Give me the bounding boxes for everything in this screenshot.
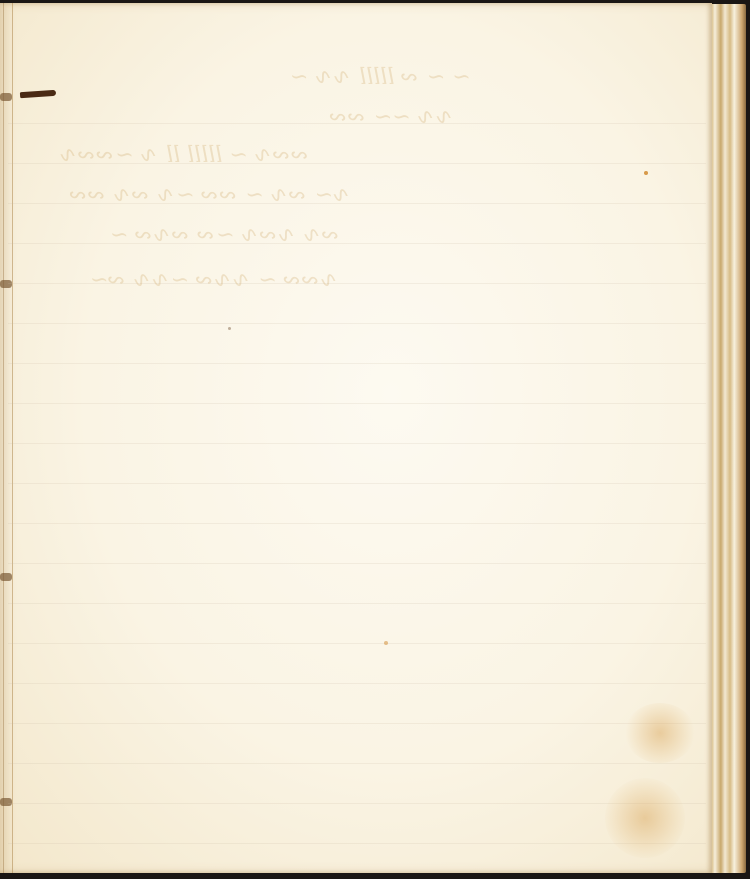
ruled-line — [8, 603, 706, 604]
ink-blot — [20, 90, 56, 98]
notebook-page: ~ ~ ∾ lllll ∿∿ ~ ∿∿ ~~ ∾∾ ∾∾∿ ~ lllll ll… — [0, 3, 712, 873]
ruled-line — [8, 523, 706, 524]
bleed-through-text: ~ ~ ∾ lllll ∿∿ ~ — [290, 65, 471, 90]
ruled-line — [8, 323, 706, 324]
ruled-line — [8, 683, 706, 684]
foxing-stain — [605, 778, 685, 858]
bleed-through-text: ∿∾∾ ~ ∿∿∾ ~∿∿ ∾~ — [90, 268, 339, 293]
ruled-line — [8, 483, 706, 484]
binding-stitch — [0, 798, 12, 806]
foxing-stain — [625, 703, 695, 763]
bleed-through-text: ∿~ ∾∿ ~ ∾∾ ~∿ ∾∿ ∾∾ — [70, 183, 352, 208]
binding-stitch — [0, 573, 12, 581]
ink-speck — [644, 171, 648, 175]
binding-stitch — [0, 93, 12, 101]
ruled-line — [8, 363, 706, 364]
ruled-line — [8, 843, 706, 844]
ruled-line — [8, 563, 706, 564]
scanned-notebook: ~ ~ ∾ lllll ∿∿ ~ ∿∿ ~~ ∾∾ ∾∾∿ ~ lllll ll… — [0, 0, 750, 879]
ink-speck — [384, 641, 388, 645]
ruled-line — [8, 403, 706, 404]
binding-spine — [3, 3, 13, 873]
ruled-line — [8, 723, 706, 724]
bleed-through-text: ∿∿ ~~ ∾∾ — [330, 105, 455, 130]
ruled-line — [8, 443, 706, 444]
ruled-line — [8, 763, 706, 764]
bleed-through-text: ∾∾∿ ~ lllll ll ∿ ~∾∾∿ — [60, 143, 310, 168]
binding-stitch — [0, 280, 12, 288]
ruled-line — [8, 643, 706, 644]
bleed-through-text: ∾∿ ∿∾∿ ~∾ ∾∿∾ ~ — [110, 223, 341, 248]
ink-speck — [228, 327, 231, 330]
ruled-line — [8, 803, 706, 804]
